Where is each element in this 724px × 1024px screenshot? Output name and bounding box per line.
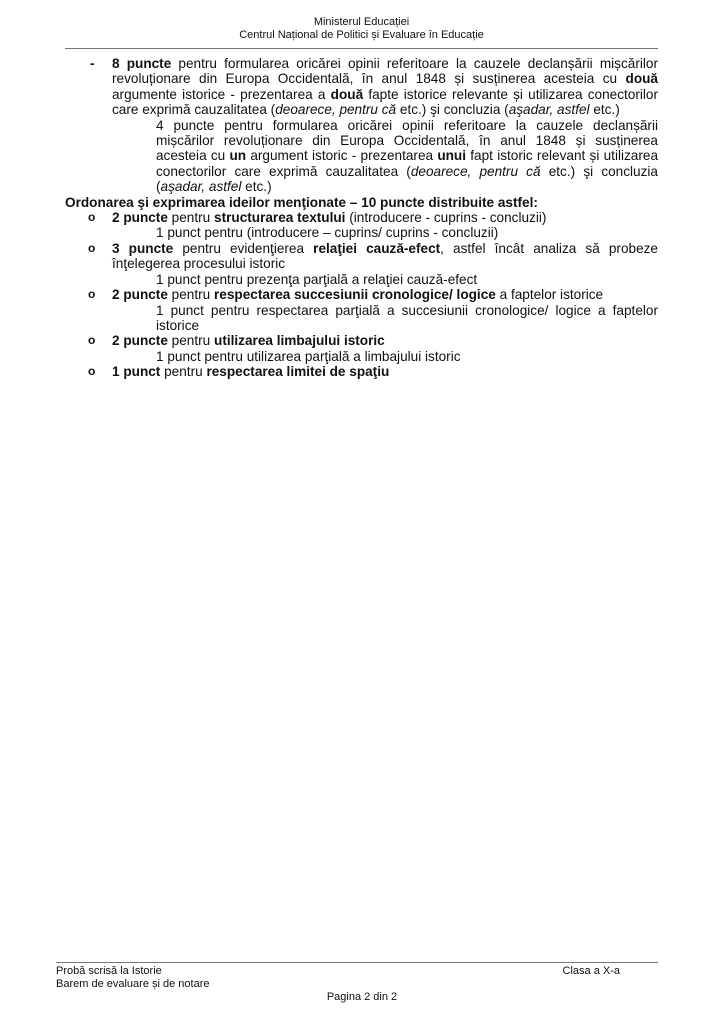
center-name: Centrul Național de Politici și Evaluare… <box>65 29 658 42</box>
circle-bullet: o <box>88 333 95 348</box>
partial-score: 1 punct pentru respectarea parţială a su… <box>65 303 658 334</box>
ordering-item: o 2 puncte pentru utilizarea limbajului … <box>65 333 658 364</box>
circle-bullet: o <box>88 287 95 302</box>
ordering-item: o 1 punct pentru respectarea limitei de … <box>65 364 658 379</box>
document-type: Barem de evaluare și de notare <box>56 978 209 991</box>
header-divider <box>65 48 658 49</box>
document-body: - 8 puncte pentru formularea oricărei op… <box>65 56 658 380</box>
partial-score: 1 punct pentru (introducere – cuprins/ c… <box>65 225 658 240</box>
points-label: 2 puncte <box>112 210 168 225</box>
points-label: 2 puncte <box>112 333 168 348</box>
ordering-item: o 3 puncte pentru evidenţierea relaţiei … <box>65 241 658 287</box>
ordering-item: o 2 puncte pentru structurarea textului … <box>65 210 658 241</box>
page-number: Pagina 2 din 2 <box>0 991 724 1004</box>
circle-bullet: o <box>88 210 95 225</box>
points-label: 1 punct <box>112 364 160 379</box>
exam-name: Probă scrisă la Istorie <box>56 965 209 978</box>
class-label: Clasa a X-a <box>563 965 620 978</box>
page-header: Ministerul Educației Centrul Național de… <box>65 16 658 42</box>
partial-score: 1 punct pentru prezenţa parţială a relaţ… <box>65 272 658 287</box>
circle-bullet: o <box>88 364 95 379</box>
dash-bullet: - <box>90 56 95 71</box>
footer-divider <box>56 962 658 963</box>
ministry-name: Ministerul Educației <box>65 16 658 29</box>
footer-left: Probă scrisă la Istorie Barem de evaluar… <box>56 965 209 991</box>
partial-score: 1 punct pentru utilizarea parţială a lim… <box>65 349 658 364</box>
points-label: 2 puncte <box>112 287 168 302</box>
circle-bullet: o <box>88 241 95 256</box>
criterion-8-points: - 8 puncte pentru formularea oricărei op… <box>65 56 658 118</box>
points-label: 8 puncte <box>112 56 171 71</box>
ordering-item: o 2 puncte pentru respectarea succesiuni… <box>65 287 658 333</box>
ordering-section-title: Ordonarea şi exprimarea ideilor menţiona… <box>65 195 658 210</box>
points-label: 3 puncte <box>112 241 173 256</box>
criterion-4-points: 4 puncte pentru formularea oricărei opin… <box>65 118 658 195</box>
